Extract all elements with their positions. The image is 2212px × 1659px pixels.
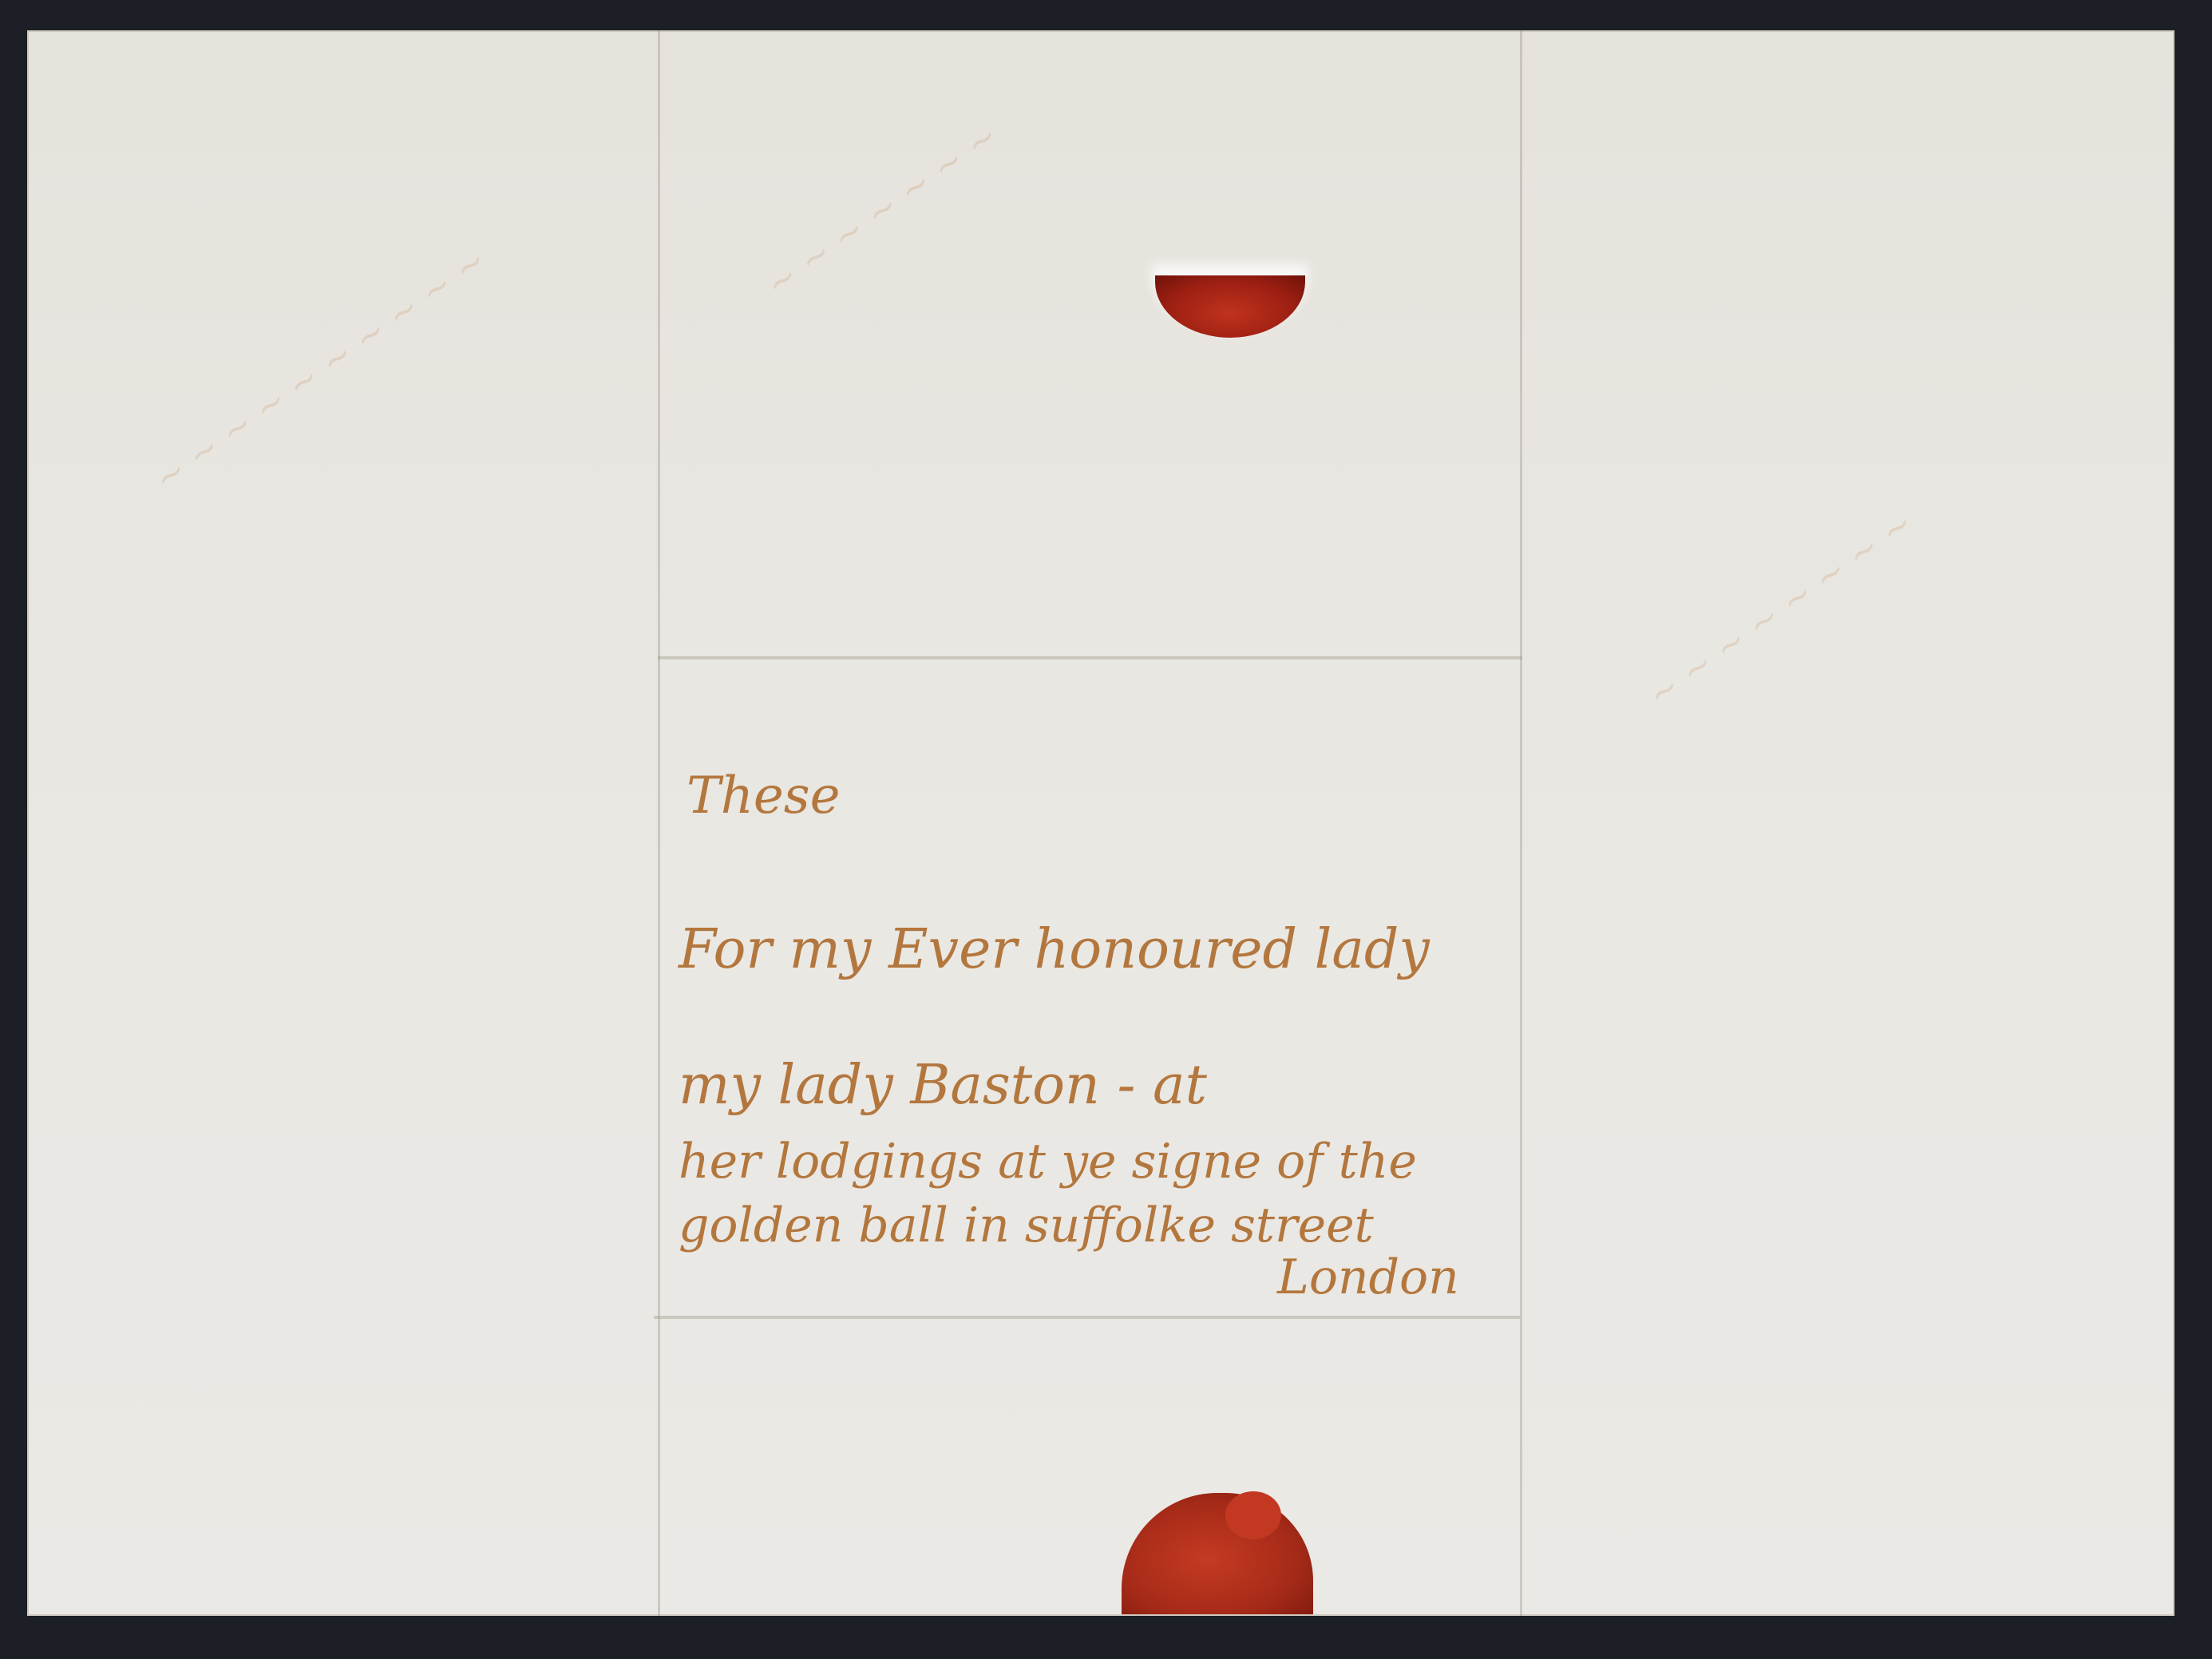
address-line-salutation: These <box>687 766 841 826</box>
address-line-city: London <box>1277 1249 1459 1305</box>
address-line-2: my lady Baston - at <box>679 1054 1207 1117</box>
address-line-4: golden ball in suffolke street <box>679 1198 1374 1253</box>
fold-line-right <box>1520 30 1522 1616</box>
ink-bleed-through: ~ ~ ~ ~ ~ ~ ~ <box>758 116 1005 306</box>
fold-line-lower <box>654 1316 1520 1319</box>
letter-sheet: ~ ~ ~ ~ ~ ~ ~ ~ ~ ~ ~ ~ ~ ~ ~ ~ ~ ~ ~ ~ … <box>27 30 2174 1616</box>
fold-line-left <box>658 30 660 1616</box>
fold-line-upper <box>658 656 1522 659</box>
ink-bleed-through: ~ ~ ~ ~ ~ ~ ~ ~ ~ ~ <box>147 240 493 500</box>
wax-seal-bottom-knob <box>1225 1491 1281 1539</box>
address-line-3: her lodgings at ye signe of the <box>679 1134 1417 1190</box>
ink-bleed-through: ~ ~ ~ ~ ~ ~ ~ ~ <box>1640 503 1921 716</box>
address-line-1: For my Ever honoured lady <box>679 918 1430 981</box>
